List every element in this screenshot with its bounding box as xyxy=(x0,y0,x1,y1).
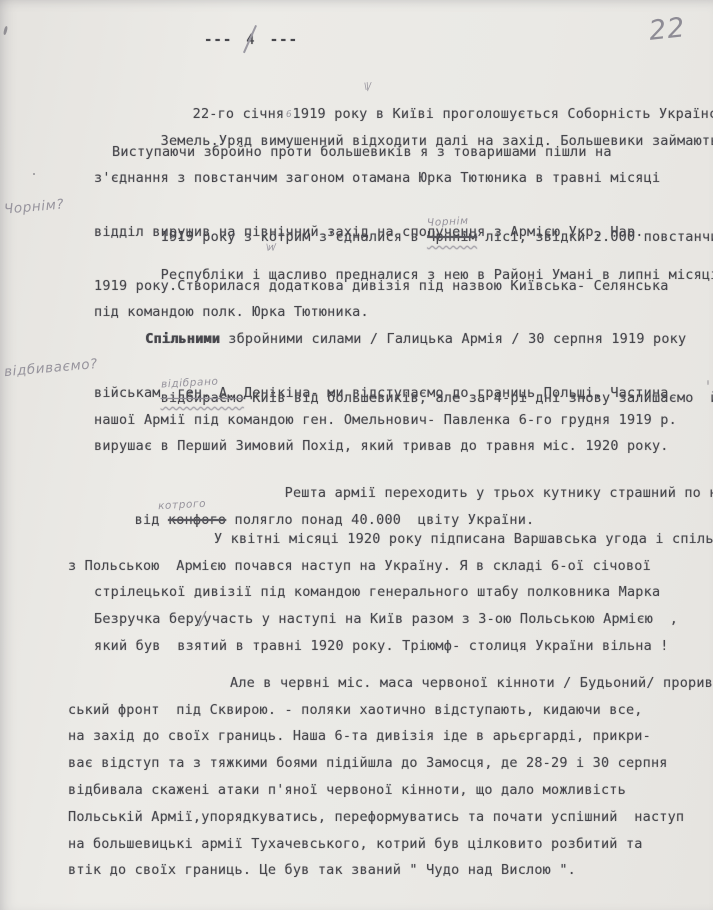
paragraph-5: У квітні місяці 1920 року підписана Варш… xyxy=(0,531,713,665)
typed-text: втік до своїх границь. Це був так званий… xyxy=(68,862,576,878)
typed-line: від конфогокотрого полягло понад 40.000 … xyxy=(0,496,713,523)
typed-text: на захід до своїх границь. Наша 6-та див… xyxy=(68,728,651,744)
pencil-mark-6: 6 xyxy=(286,110,291,120)
typed-text: від xyxy=(135,512,168,528)
typed-text: У квітні місяці 1920 року підписана Варш… xyxy=(214,531,713,547)
corrected-word: конфогокотрого xyxy=(168,512,226,528)
header-dashes-left: --- xyxy=(204,32,232,48)
typed-line: нашої Армії під командою ген. Омельнович… xyxy=(0,412,713,439)
margin-note-chornim: Чорнім? xyxy=(3,197,64,218)
paragraph-2: Виступаючи збройно проти большевиків я з… xyxy=(0,144,713,332)
pencil-insertion-mark: \|/ xyxy=(364,82,371,92)
typed-text: нашої Армії під командою ген. Омельнович… xyxy=(94,412,677,428)
typed-line: Республіки і щасливо предналися з нею в … xyxy=(0,251,713,278)
typed-line: з'єднання з повстанчим загоном отамана Ю… xyxy=(0,170,713,197)
typed-text: військам ген. А. Денікіна- ми відступаєм… xyxy=(94,385,669,401)
typed-text: Безручка беру xyxy=(94,611,202,627)
typed-line: з Польською Армією почався наступ на Укр… xyxy=(0,558,713,585)
pencil-insertion-mark: \и/ xyxy=(266,242,276,253)
header-dashes-right: --- xyxy=(270,32,298,48)
typed-text: ський фронт під Сквирою. - поляки хаотич… xyxy=(68,702,643,718)
typed-line: відділ вирушив на північний захід на спо… xyxy=(0,224,713,251)
typed-line: втік до своїх границь. Це був так званий… xyxy=(0,862,713,889)
typed-text: відділ вирушив на північний захід на спо… xyxy=(94,224,644,240)
struck-word: конфого xyxy=(168,512,226,528)
typed-line: ває відступ та з тяжкими боями підійшла … xyxy=(0,755,713,782)
typed-line: У квітні місяці 1920 року підписана Варш… xyxy=(0,531,713,558)
typed-line: Земель.Уряд вимушенний відходити далі на… xyxy=(0,117,713,144)
typed-line: під командою полк. Юрка Тютюника. xyxy=(0,304,713,331)
typed-line: стрілецької дивізії під командою генерал… xyxy=(0,584,713,611)
typed-text: Але в червні міс. маса червоної кінноти … xyxy=(230,675,713,691)
typed-line: відбивала скажені атаки п'яної червоної … xyxy=(0,782,713,809)
typed-text: ває відступ та з тяжкими боями підійшла … xyxy=(68,755,668,771)
typed-line: 1919 року.Створилася додаткова дивізія п… xyxy=(0,278,713,305)
crossed-out-page-marker: 4 xyxy=(246,32,255,48)
paragraph-3: Спільними збройними силами / Галицька Ар… xyxy=(0,331,713,465)
page-header-marker: ---4--- xyxy=(204,32,298,48)
typed-line: 22-го січня 1919 року в Київі проголошує… xyxy=(0,90,713,117)
typed-line: Виступаючи збройно проти большевиків я з… xyxy=(0,144,713,171)
typed-text: збройними силами / Галицька Армія / 30 с… xyxy=(220,331,686,347)
typed-line: на большевицькі армії Тухачевського, кот… xyxy=(0,836,713,863)
typed-text: з'єднання з повстанчим загоном отамана Ю… xyxy=(94,170,660,186)
paragraph-6: Але в червні міс. маса червоної кінноти … xyxy=(0,675,713,889)
typed-line: вирушає в Перший Зимовий Похід, який три… xyxy=(0,438,713,465)
typed-line: Але в червні міс. маса червоної кінноти … xyxy=(0,675,713,702)
typed-line: відбиваємо? відбираємовідібрано Київ від… xyxy=(0,358,713,385)
typed-text: на большевицькі армії Тухачевського, кот… xyxy=(68,836,643,852)
handwritten-page-number: 22 xyxy=(647,12,686,47)
typed-text: стрілецької дивізії під командою генерал… xyxy=(94,584,660,600)
typed-text: під командою полк. Юрка Тютюника. xyxy=(94,304,369,320)
typed-text: вирушає в Перший Зимовий Похід, який три… xyxy=(94,438,669,454)
typed-text: з Польською Армією почався наступ на Укр… xyxy=(68,558,651,574)
typed-line: Решта армії переходить у трьох кутнику с… xyxy=(0,469,713,496)
typed-text: Польській Армії,упорядкуватись, переформ… xyxy=(68,809,684,825)
typed-line: військам ген. А. Денікіна- ми відступаєм… xyxy=(0,385,713,412)
typed-text: полягло понад 40.000 цвіту України. xyxy=(226,512,534,528)
typed-text: участь у наступі на Київ разом з 3-ою По… xyxy=(203,611,678,627)
typed-line: який був взятий в травні 1920 року. Трію… xyxy=(0,638,713,665)
paper-speck xyxy=(3,26,8,35)
typed-line: Польській Армії,упорядкуватись, переформ… xyxy=(0,809,713,836)
typed-line: Чорнім? 1919 року з котрим з'єдналися в … xyxy=(0,197,713,224)
typed-line: Безручка беру/участь у наступі на Київ р… xyxy=(0,611,713,638)
document-body: 22-го січня 1919 року в Київі проголошує… xyxy=(0,90,713,889)
paragraph-1: 22-го січня 1919 року в Київі проголошує… xyxy=(0,90,713,144)
overtyped-word: Спільними xyxy=(145,331,220,347)
paragraph-4: Решта армії переходить у трьох кутнику с… xyxy=(0,469,713,523)
margin-note-vidbyvaiemo: відбиваємо? xyxy=(3,356,98,380)
typed-text: 1919 року.Створилася додаткова дивізія п… xyxy=(94,278,669,294)
typed-text: Виступаючи збройно проти большевиків я з… xyxy=(112,144,612,160)
typed-line: ський фронт під Сквирою. - поляки хаотич… xyxy=(0,702,713,729)
typed-text: відбивала скажені атаки п'яної червоної … xyxy=(68,782,626,798)
typed-line: Спільними збройними силами / Галицька Ар… xyxy=(0,331,713,358)
typed-text: який був взятий в травні 1920 року. Трію… xyxy=(94,638,669,654)
handwritten-correction: котрого xyxy=(158,498,207,513)
typed-line: на захід до своїх границь. Наша 6-та див… xyxy=(0,728,713,755)
scanned-typewritten-page: 22 ---4--- 22-го січня 1919 року в Київі… xyxy=(0,0,713,910)
